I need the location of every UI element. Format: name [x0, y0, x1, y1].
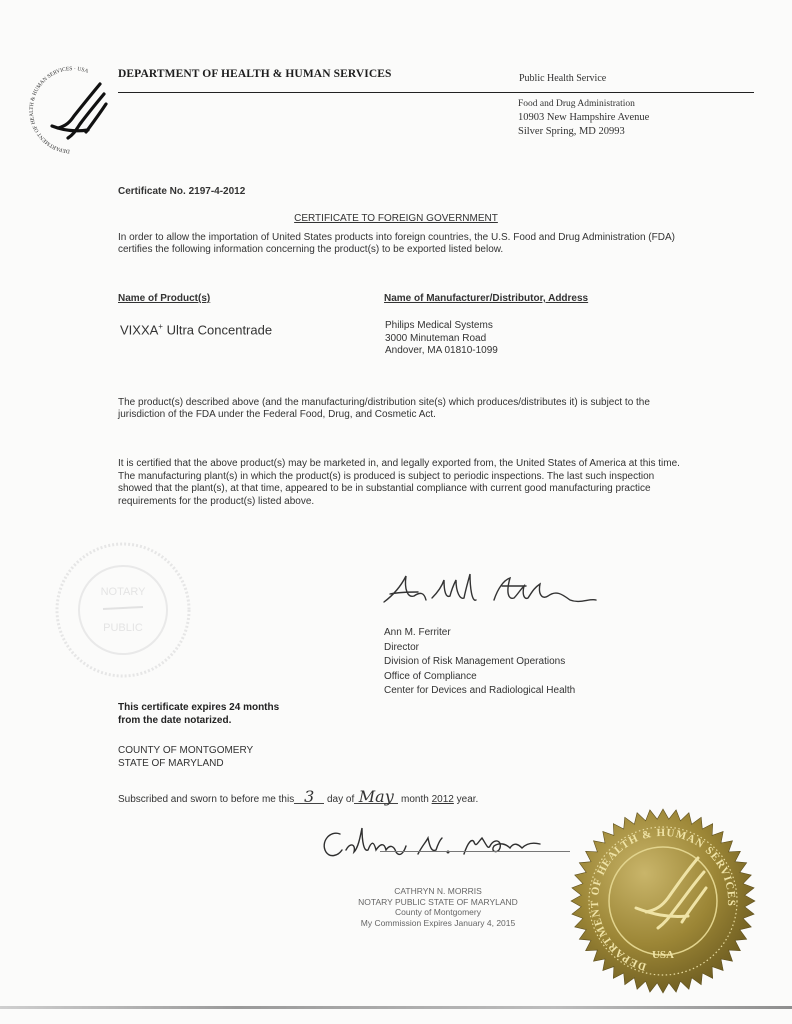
- certificate-title: CERTIFICATE TO FOREIGN GOVERNMENT: [0, 213, 792, 224]
- signer-title: Director: [384, 641, 575, 656]
- svg-text:NOTARY: NOTARY: [101, 586, 146, 598]
- county-state: COUNTY OF MONTGOMERY STATE OF MARYLAND: [118, 745, 253, 770]
- manufacturer-line: Andover, MA 01810-1099: [385, 345, 498, 358]
- public-health-service: Public Health Service: [519, 73, 606, 84]
- certificate-number: Certificate No. 2197-4-2012: [118, 186, 245, 197]
- handwritten-signature-ferriter: [380, 562, 620, 622]
- address-line: 10903 New Hampshire Avenue: [518, 111, 649, 125]
- address-line: Food and Drug Administration: [518, 97, 649, 111]
- hhs-gold-seal-icon: DEPARTMENT OF HEALTH & HUMAN SERVICES US…: [570, 808, 756, 994]
- expiry-notice: This certificate expires 24 months from …: [118, 702, 279, 727]
- year-label: year.: [454, 794, 478, 805]
- intro-paragraph: In order to allow the importation of Uni…: [118, 232, 678, 255]
- notary-embossed-seal-icon: NOTARY PUBLIC: [48, 535, 198, 685]
- product-name-base: VIXXA: [120, 322, 158, 337]
- signer-office: Office of Compliance: [384, 670, 575, 685]
- manufacturer-address: Philips Medical Systems 3000 Minuteman R…: [385, 320, 498, 358]
- state-line: STATE OF MARYLAND: [118, 758, 253, 771]
- signer-block: Ann M. Ferriter Director Division of Ris…: [384, 626, 575, 699]
- signer-division: Division of Risk Management Operations: [384, 655, 575, 670]
- manufacturer-line: 3000 Minuteman Road: [385, 333, 498, 346]
- notary-name: CATHRYN N. MORRIS: [318, 886, 558, 897]
- fda-address: Food and Drug Administration 10903 New H…: [518, 97, 649, 139]
- notary-signature-line: [380, 851, 570, 852]
- svg-text:USA: USA: [652, 949, 674, 961]
- certification-paragraph: It is certified that the above product(s…: [118, 458, 688, 508]
- department-name: DEPARTMENT OF HEALTH & HUMAN SERVICES: [118, 68, 392, 80]
- address-line: Silver Spring, MD 20993: [518, 125, 649, 139]
- notary-county: County of Montgomery: [318, 907, 558, 918]
- year-field: 2012: [432, 794, 454, 805]
- month-field: May: [354, 791, 398, 804]
- day-of-label: day of: [324, 794, 354, 805]
- handwritten-signature-morris: [318, 820, 558, 865]
- month-label: month: [398, 794, 431, 805]
- manufacturer-column-header: Name of Manufacturer/Distributor, Addres…: [384, 293, 588, 304]
- sworn-prefix: Subscribed and sworn to before me this: [118, 794, 294, 805]
- day-field: 3: [294, 791, 324, 804]
- product-column-header: Name of Product(s): [118, 293, 210, 304]
- jurisdiction-paragraph: The product(s) described above (and the …: [118, 397, 678, 420]
- signer-center: Center for Devices and Radiological Heal…: [384, 684, 575, 699]
- notary-title: NOTARY PUBLIC STATE OF MARYLAND: [318, 897, 558, 908]
- svg-text:PUBLIC: PUBLIC: [103, 622, 143, 634]
- signer-name: Ann M. Ferriter: [384, 626, 575, 641]
- manufacturer-line: Philips Medical Systems: [385, 320, 498, 333]
- expiry-line: from the date notarized.: [118, 715, 279, 728]
- county-line: COUNTY OF MONTGOMERY: [118, 745, 253, 758]
- sworn-statement: Subscribed and sworn to before me this3 …: [118, 791, 478, 805]
- product-name: VIXXA+ Ultra Concentrade: [120, 322, 272, 337]
- notary-stamp: CATHRYN N. MORRIS NOTARY PUBLIC STATE OF…: [318, 886, 558, 928]
- header-rule: [118, 92, 754, 93]
- notary-commission: My Commission Expires January 4, 2015: [318, 918, 558, 929]
- page-bottom-edge: [0, 1006, 792, 1009]
- product-name-suffix: Ultra Concentrade: [163, 322, 272, 337]
- expiry-line: This certificate expires 24 months: [118, 702, 279, 715]
- hhs-eagle-seal-icon: DEPARTMENT OF HEALTH & HUMAN SERVICES · …: [22, 62, 118, 158]
